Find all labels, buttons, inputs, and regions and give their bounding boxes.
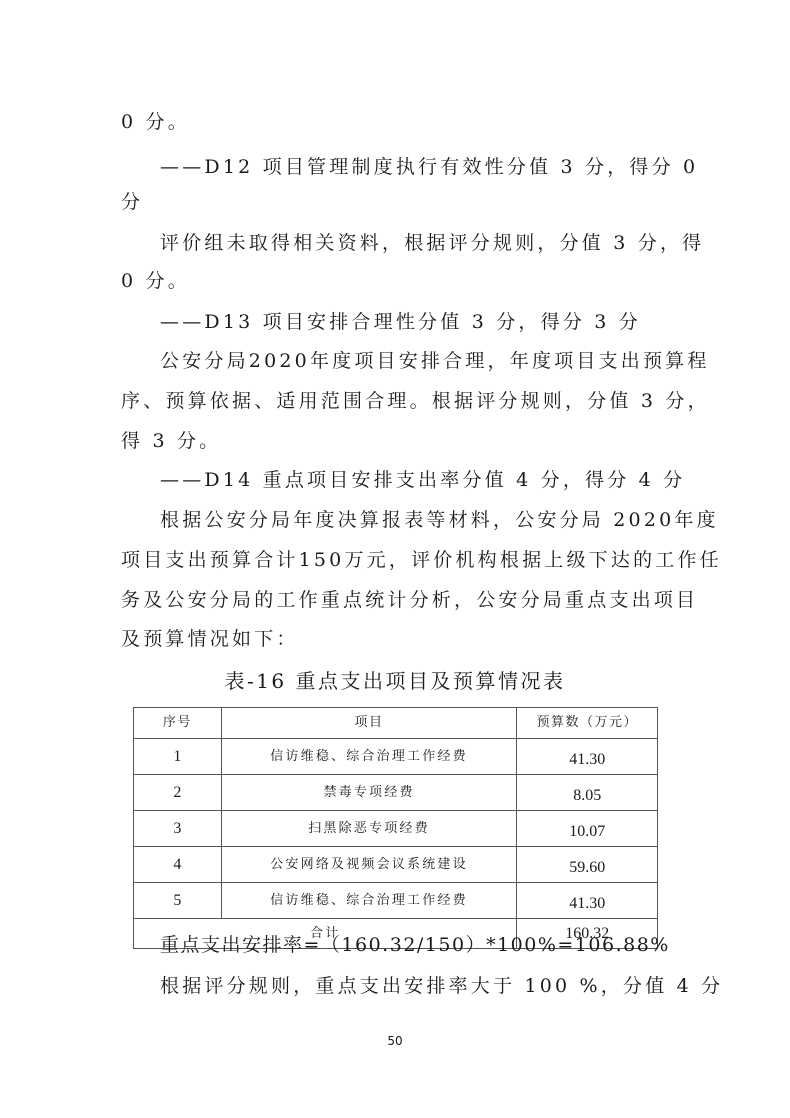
- table-row: 3 扫黑除恶专项经费 10.07: [134, 811, 658, 847]
- row-item: 信访维稳、综合治理工作经费: [221, 883, 517, 919]
- row-index: 3: [134, 811, 222, 847]
- formula-line: 重点支出安排率=（160.32/150）*100%=106.88%: [160, 932, 670, 958]
- row-index: 5: [134, 883, 222, 919]
- header-amount: 预算数（万元）: [517, 708, 658, 739]
- text-line: 0 分。: [121, 268, 190, 294]
- row-index: 4: [134, 847, 222, 883]
- text-line: 项目支出预算合计150万元，评价机构根据上级下达的工作任: [121, 547, 722, 573]
- text-line: 0 分。: [121, 109, 190, 135]
- page-number: 50: [0, 1034, 790, 1048]
- text-line: 分: [121, 189, 143, 215]
- row-amount: 41.30: [517, 883, 658, 919]
- text-line: 评价组未取得相关资料，根据评分规则，分值 3 分，得: [160, 230, 704, 256]
- table-caption: 表-16 重点支出项目及预算情况表: [0, 667, 790, 695]
- row-amount: 59.60: [517, 847, 658, 883]
- row-item: 公安网络及视频会议系统建设: [221, 847, 517, 883]
- header-index: 序号: [134, 708, 222, 739]
- conclusion-line: 根据评分规则，重点支出安排率大于 100 %，分值 4 分: [160, 973, 723, 999]
- text-line: 序、预算依据、适用范围合理。根据评分规则，分值 3 分，: [121, 388, 710, 414]
- section-heading-d14: ——D14 重点项目安排支出率分值 4 分，得分 4 分: [160, 467, 685, 493]
- table-row: 4 公安网络及视频会议系统建设 59.60: [134, 847, 658, 883]
- row-item: 扫黑除恶专项经费: [221, 811, 517, 847]
- row-index: 1: [134, 739, 222, 775]
- row-amount: 41.30: [517, 739, 658, 775]
- row-item: 信访维稳、综合治理工作经费: [221, 739, 517, 775]
- section-heading-d13: ——D13 项目安排合理性分值 3 分，得分 3 分: [160, 309, 641, 335]
- text-line: 务及公安分局的工作重点统计分析，公安分局重点支出项目: [121, 587, 698, 613]
- header-item: 项目: [221, 708, 517, 739]
- table-row: 1 信访维稳、综合治理工作经费 41.30: [134, 739, 658, 775]
- row-index: 2: [134, 775, 222, 811]
- text-line: 公安分局2020年度项目安排合理，年度项目支出预算程: [160, 348, 710, 374]
- budget-table: 序号 项目 预算数（万元） 1 信访维稳、综合治理工作经费 41.30 2 禁毒…: [133, 707, 658, 949]
- section-heading-d12: ——D12 项目管理制度执行有效性分值 3 分，得分 0: [160, 154, 698, 180]
- table-row: 5 信访维稳、综合治理工作经费 41.30: [134, 883, 658, 919]
- row-item: 禁毒专项经费: [221, 775, 517, 811]
- row-amount: 8.05: [517, 775, 658, 811]
- text-line: 得 3 分。: [121, 428, 221, 454]
- row-amount: 10.07: [517, 811, 658, 847]
- text-line: 及预算情况如下：: [121, 626, 299, 652]
- table-header-row: 序号 项目 预算数（万元）: [134, 708, 658, 739]
- table-row: 2 禁毒专项经费 8.05: [134, 775, 658, 811]
- text-line: 根据公安分局年度决算报表等材料，公安分局 2020年度: [160, 507, 719, 533]
